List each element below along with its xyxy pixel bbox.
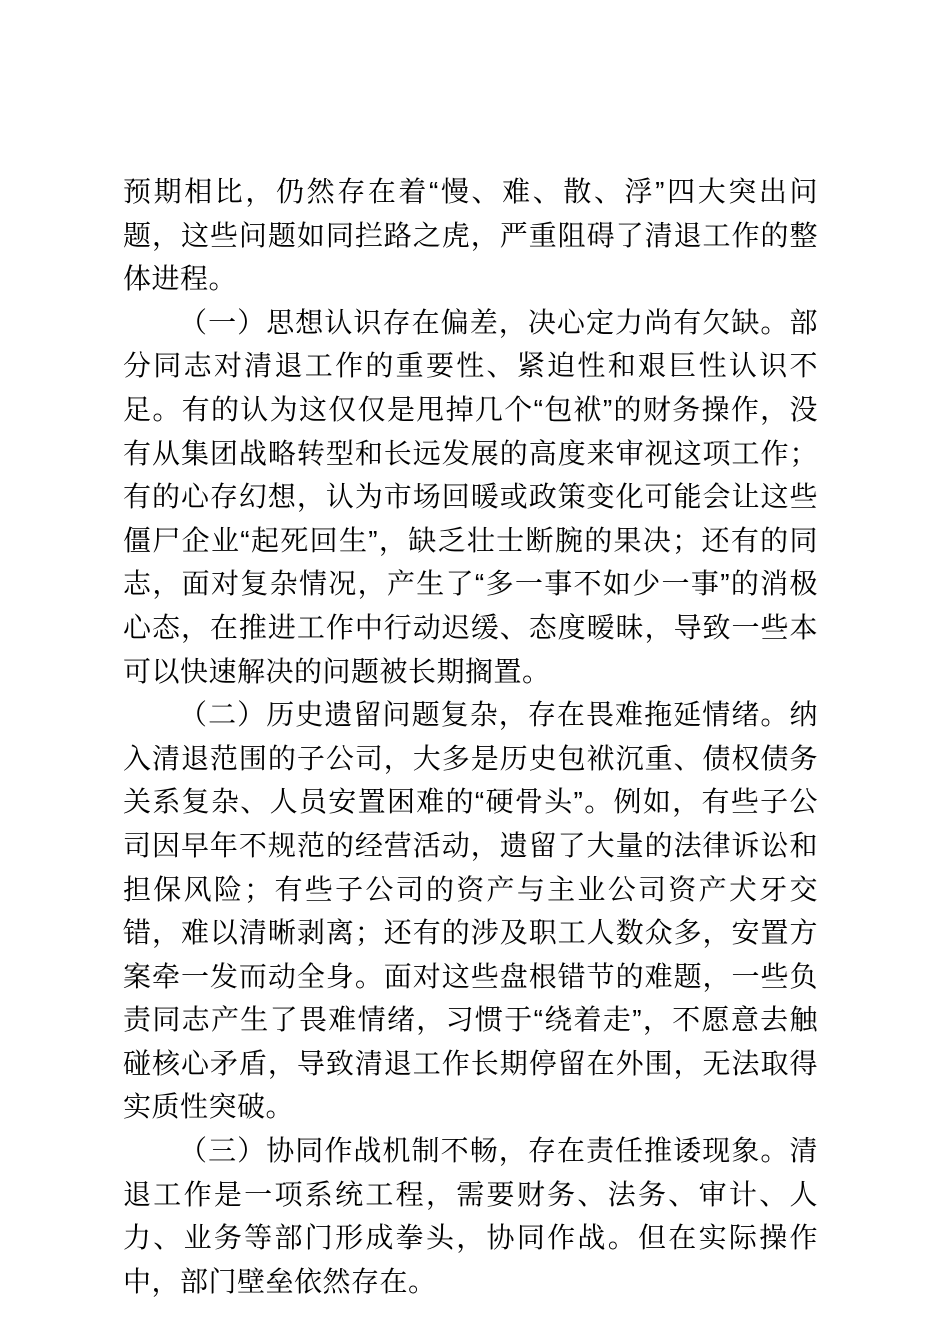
document-page: 预期相比，仍然存在着“慢、难、散、浮”四大突出问题，这些问题如同拦路之虎，严重阻…: [0, 0, 950, 1344]
paragraph-point-two: （二）历史遗留问题复杂，存在畏难拖延情绪。纳入清退范围的子公司，大多是历史包袱沉…: [123, 693, 818, 1129]
document-body: 预期相比，仍然存在着“慢、难、散、浮”四大突出问题，这些问题如同拦路之虎，严重阻…: [123, 170, 818, 1303]
paragraph-point-three: （三）协同作战机制不畅，存在责任推诿现象。清退工作是一项系统工程，需要财务、法务…: [123, 1129, 818, 1303]
paragraph-point-one: （一）思想认识存在偏差，决心定力尚有欠缺。部分同志对清退工作的重要性、紧迫性和艰…: [123, 301, 818, 693]
paragraph-intro: 预期相比，仍然存在着“慢、难、散、浮”四大突出问题，这些问题如同拦路之虎，严重阻…: [123, 170, 818, 301]
